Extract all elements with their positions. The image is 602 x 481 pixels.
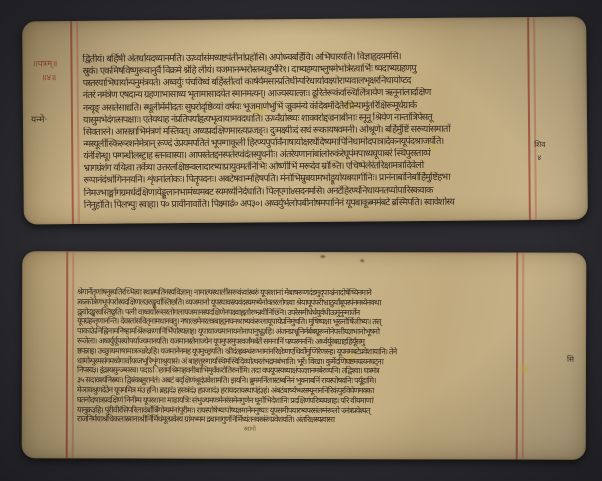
top-manuscript-leaf: ॥पत्रम्॥ ॥४॥ यन्मे· शिव ४ द्वितीयं। बर्ह… bbox=[22, 17, 588, 225]
speck bbox=[360, 259, 364, 262]
bottom-leaf-text-block: श्रेगार्नेतृणांषनुस्यतिरध्भित्वा स्थात्म… bbox=[77, 287, 527, 426]
speck bbox=[320, 255, 325, 258]
ruling-line-left-outer bbox=[66, 251, 68, 458]
right-margin-folio-number: ४ bbox=[537, 153, 541, 163]
ruling-line-left-inner bbox=[76, 21, 79, 224]
ruling-line-left-outer bbox=[70, 21, 73, 224]
catchword: स्वानो bbox=[244, 424, 256, 433]
folio-word-annotation: ॥पत्रम्॥ bbox=[32, 58, 57, 69]
top-leaf-text-block: द्वितीयं। बर्हिषी अंतर्धायदध्यानमति। ऊर्… bbox=[82, 50, 530, 213]
left-margin-gloss: यन्मे· bbox=[31, 112, 47, 125]
bottom-manuscript-leaf: सि श्रेगार्नेतृणांषनुस्यतिरध्भित्वा स्था… bbox=[22, 251, 587, 459]
folio-number-annotation: ॥४॥ bbox=[42, 72, 57, 83]
text-line: ष्ठपन्नाइ। उच्छुायमाषामात्रञ्ज्ररे३हि। य… bbox=[77, 346, 527, 357]
text-line: त्कत्कोत्रेणभूपंपरोस्यदक्षिणलउरुङ्कूर्वा… bbox=[77, 297, 527, 308]
text-line: राजनिर्मयाश्रंधिकलास्त्रानाश्रीर्निर्मिथ… bbox=[77, 415, 527, 426]
text-line: घतनोदषात्रप्रदक्षिणं निनीम्प यूपरशाना मा… bbox=[77, 395, 527, 406]
ruling-line-left-inner bbox=[72, 251, 74, 458]
ruling-line-right-outer bbox=[533, 17, 536, 220]
right-margin-gloss: सि bbox=[567, 355, 574, 365]
right-margin-title-word: शिव bbox=[534, 140, 545, 150]
